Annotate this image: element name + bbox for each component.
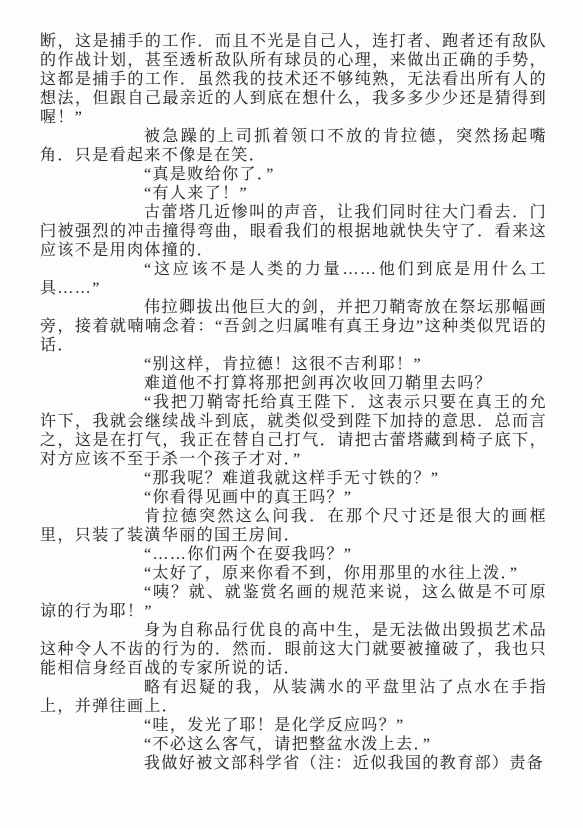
- paragraph: 伟拉卿拔出他巨大的剑，并把刀鞘寄放在祭坛那幅画旁，接着就喃喃念着：“吾剑之归属唯…: [40, 298, 547, 355]
- paragraph: “别这样，肯拉德！这很不吉利耶！”: [40, 355, 547, 374]
- page-text: 断，这是捕手的工作．而且不光是自己人，连打者、跑者还有敌队的作战计划，甚至透析敌…: [0, 0, 583, 773]
- paragraph: “你看得见画中的真王吗？”: [40, 488, 547, 507]
- book-page: 断，这是捕手的工作．而且不光是自己人，连打者、跑者还有敌队的作战计划，甚至透析敌…: [0, 0, 583, 828]
- paragraph: “咦？就、就鉴赏名画的规范来说，这么做是不可原谅的行为耶！”: [40, 583, 547, 621]
- paragraph: 身为自称品行优良的高中生，是无法做出毁损艺术品这种令人不齿的行为的．然而．眼前这…: [40, 621, 547, 678]
- paragraph: 断，这是捕手的工作．而且不光是自己人，连打者、跑者还有敌队的作战计划，甚至透析敌…: [40, 32, 547, 127]
- paragraph: 我做好被文部科学省（注：近似我国的教育部）责备: [40, 754, 547, 773]
- paragraph: “这应该不是人类的力量……他们到底是用什么工具……”: [40, 260, 547, 298]
- paragraph: “太好了，原来你看不到，你用那里的水往上泼．”: [40, 564, 547, 583]
- paragraph: 难道他不打算将那把剑再次收回刀鞘里去吗？: [40, 374, 547, 393]
- paragraph: “……你们两个在耍我吗？”: [40, 545, 547, 564]
- paragraph: 肯拉德突然这么问我．在那个尺寸还是很大的画框里，只装了装潢华丽的国王房间．: [40, 507, 547, 545]
- paragraph: “不必这么客气，请把整盆水泼上去．”: [40, 735, 547, 754]
- paragraph: “真是败给你了．”: [40, 165, 547, 184]
- paragraph: “那我呢？难道我就这样手无寸铁的？”: [40, 469, 547, 488]
- paragraph: 略有迟疑的我，从装满水的平盘里沾了点水在手指上，并弹往画上．: [40, 678, 547, 716]
- paragraph: “哇，发光了耶！是化学反应吗？”: [40, 716, 547, 735]
- paragraph: 古蕾塔几近惨叫的声音，让我们同时往大门看去．门闩被强烈的冲击撞得弯曲，眼看我们的…: [40, 203, 547, 260]
- paragraph: “有人来了！”: [40, 184, 547, 203]
- paragraph: 被急躁的上司抓着领口不放的肯拉德，突然扬起嘴角．只是看起来不像是在笑．: [40, 127, 547, 165]
- paragraph: “我把刀鞘寄托给真王陛下．这表示只要在真王的允许下，我就会继续战斗到底，就类似受…: [40, 393, 547, 469]
